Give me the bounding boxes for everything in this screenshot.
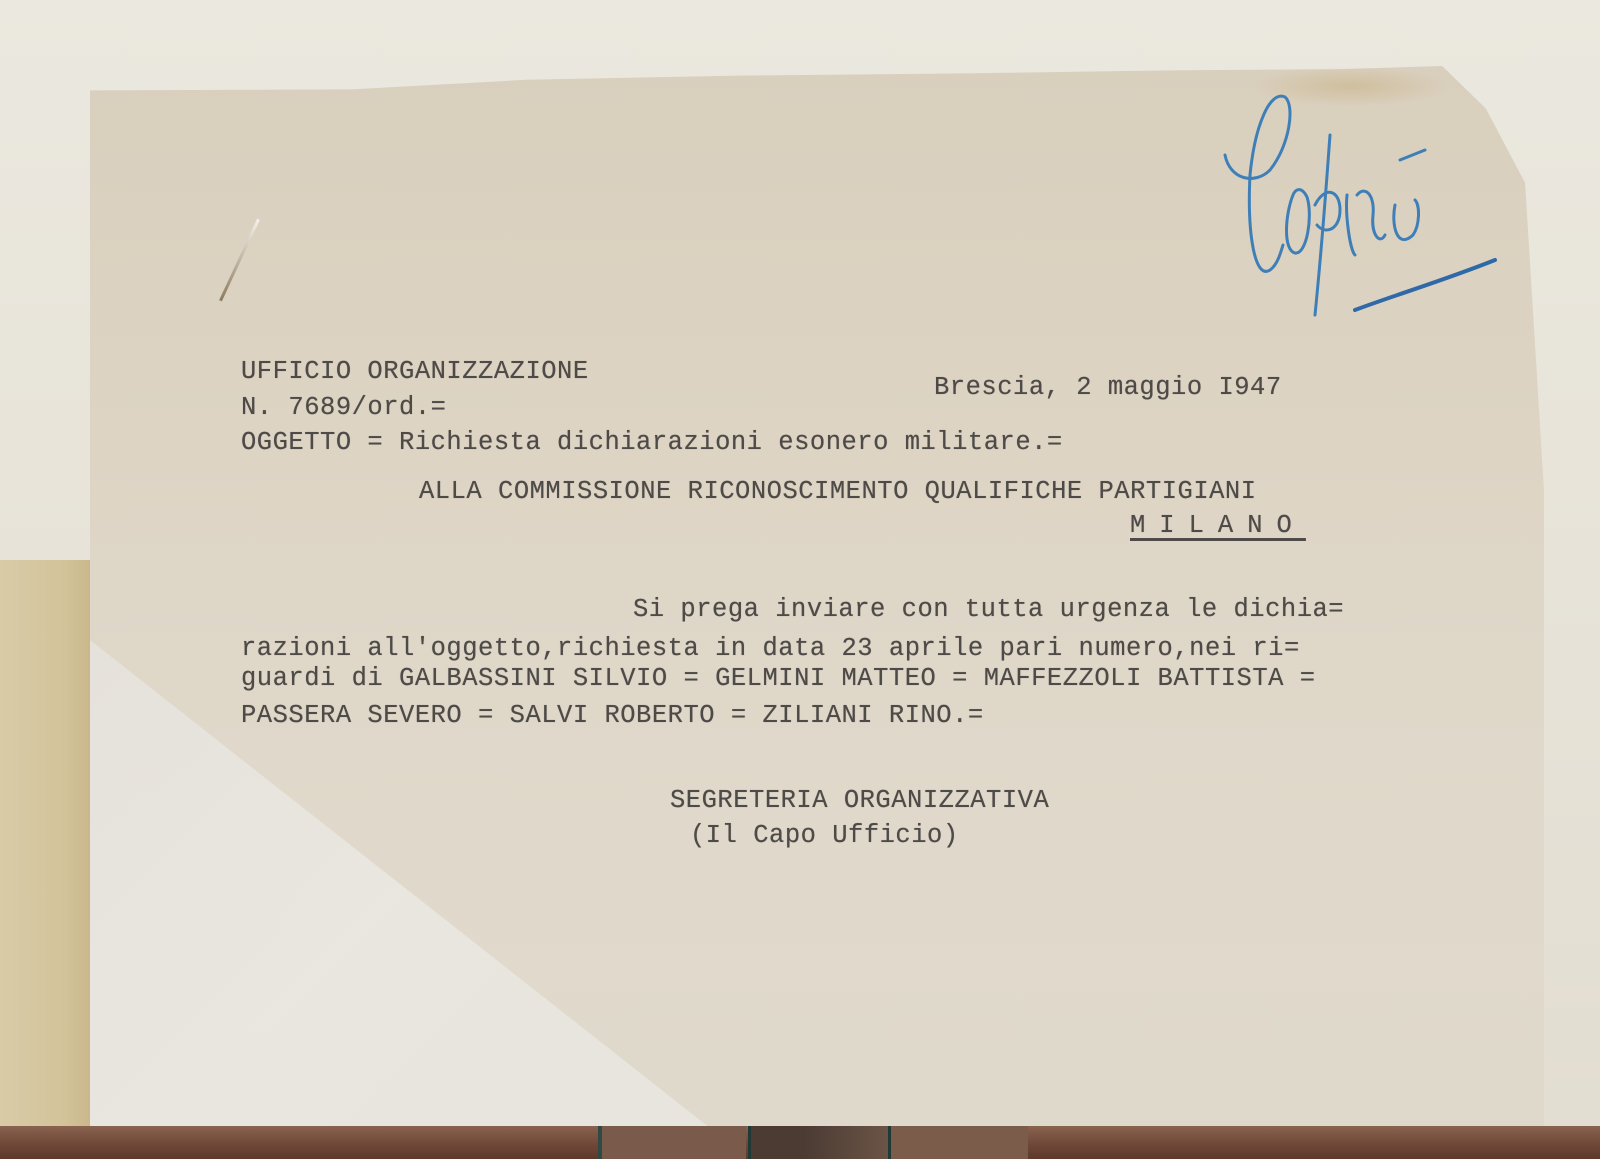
protocol-number: N. 7689/ord.= bbox=[241, 392, 446, 423]
body-line-3: guardi di GALBASSINI SILVIO = GELMINI MA… bbox=[241, 663, 1316, 694]
signature-office: SEGRETERIA ORGANIZZATIVA bbox=[670, 785, 1049, 816]
shelf-gap bbox=[748, 1126, 888, 1159]
office-name: UFFICIO ORGANIZZAZIONE bbox=[241, 356, 589, 387]
body-line-4: PASSERA SEVERO = SALVI ROBERTO = ZILIANI… bbox=[241, 700, 984, 731]
shelf-gap bbox=[598, 1126, 746, 1159]
left-board bbox=[0, 560, 92, 1130]
subject-line: OGGETTO = Richiesta dichiarazioni esoner… bbox=[241, 427, 1063, 458]
handwritten-copia-annotation bbox=[1215, 85, 1505, 335]
recipient-line: ALLA COMMISSIONE RICONOSCIMENTO QUALIFIC… bbox=[419, 476, 1257, 507]
body-line-1: Si prega inviare con tutta urgenza le di… bbox=[633, 594, 1344, 625]
signature-title: (Il Capo Ufficio) bbox=[690, 820, 959, 851]
place-date: Brescia, 2 maggio I947 bbox=[934, 372, 1282, 403]
shelf-gap bbox=[888, 1126, 1028, 1159]
recipient-city: MILANO bbox=[1130, 510, 1306, 541]
body-line-2: razioni all'oggetto,richiesta in data 23… bbox=[241, 633, 1300, 664]
